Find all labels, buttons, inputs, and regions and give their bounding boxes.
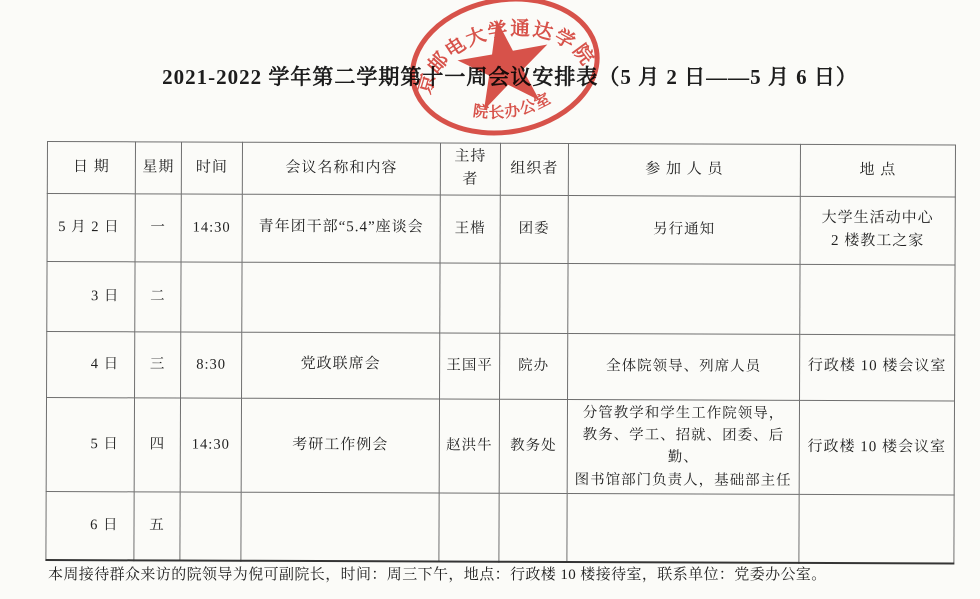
- cell-location: 行政楼 10 楼会议室: [799, 400, 954, 495]
- cell-meeting-name: [242, 262, 440, 333]
- svg-text:院长办公室: 院长办公室: [469, 87, 556, 127]
- cell-participants: [567, 494, 799, 563]
- cell-meeting-name: 党政联席会: [242, 332, 440, 399]
- cell-meeting-name: 考研工作例会: [241, 398, 439, 494]
- cell-weekday: 三: [135, 331, 181, 397]
- cell-organizer: 院办: [500, 333, 568, 399]
- cell-location: 大学生活动中心 2 楼教工之家: [800, 196, 955, 265]
- table-header-row: 日 期星期时间会议名称和内容主持者组织者参 加 人 员地 点: [47, 142, 955, 197]
- cell-location: 行政楼 10 楼会议室: [800, 334, 955, 401]
- table-row: 3 日二: [47, 261, 955, 334]
- cell-organizer: [500, 263, 568, 333]
- cell-participants: 全体院领导、列席人员: [568, 333, 800, 400]
- cell-host: 王国平: [440, 333, 500, 399]
- cell-time: 14:30: [181, 194, 242, 262]
- cell-host: [440, 263, 500, 333]
- cell-location: [800, 264, 955, 335]
- column-header-participants: 参 加 人 员: [568, 144, 800, 196]
- cell-participants: 分管教学和学生工作院领导， 教务、学工、招就、团委、后勤、 图书馆部门负责人，基…: [567, 399, 799, 495]
- footer-note: 本周接待群众来访的院领导为倪可副院长，时间：周三下午，地点：行政楼 10 楼接待…: [48, 563, 827, 584]
- table-row: 5 月 2 日一14:30青年团干部“5.4”座谈会王楷团委另行通知大学生活动中…: [47, 193, 955, 264]
- column-header-weekday: 星期: [135, 142, 181, 194]
- cell-host: 赵洪牛: [439, 399, 499, 494]
- page-title: 2021-2022 学年第二学期第十一周会议安排表（5 月 2 日——5 月 6…: [40, 61, 980, 91]
- cell-date: 5 日: [46, 397, 134, 492]
- cell-organizer: 教务处: [499, 399, 567, 494]
- cell-time: 14:30: [180, 398, 241, 493]
- cell-date: 3 日: [47, 261, 135, 331]
- cell-host: [439, 493, 499, 561]
- cell-time: [180, 492, 241, 560]
- cell-weekday: 四: [134, 397, 180, 492]
- cell-organizer: [499, 494, 567, 562]
- column-header-meeting-name: 会议名称和内容: [242, 142, 440, 194]
- cell-weekday: 二: [135, 261, 181, 331]
- cell-weekday: 五: [134, 492, 180, 560]
- column-header-host: 主持者: [440, 143, 500, 195]
- document-page: 2021-2022 学年第二学期第十一周会议安排表（5 月 2 日——5 月 6…: [0, 0, 980, 599]
- cell-location: [799, 495, 954, 564]
- column-header-location: 地 点: [800, 144, 955, 196]
- cell-time: [181, 262, 242, 332]
- cell-date: 4 日: [47, 331, 135, 397]
- cell-participants: [568, 263, 800, 334]
- table-row: 6 日五: [46, 492, 954, 563]
- cell-date: 5 月 2 日: [47, 193, 135, 261]
- seal-bottom-text: 院长办公室: [469, 87, 556, 127]
- column-header-time: 时间: [181, 142, 242, 194]
- cell-organizer: 团委: [500, 195, 568, 263]
- column-header-date: 日 期: [47, 142, 135, 194]
- meeting-schedule-table: 日 期星期时间会议名称和内容主持者组织者参 加 人 员地 点 5 月 2 日一1…: [45, 141, 956, 564]
- table-row: 4 日三8:30党政联席会王国平院办全体院领导、列席人员行政楼 10 楼会议室: [47, 331, 955, 400]
- cell-meeting-name: [241, 493, 439, 562]
- cell-meeting-name: 青年团干部“5.4”座谈会: [242, 194, 440, 263]
- table-row: 5 日四14:30考研工作例会赵洪牛教务处分管教学和学生工作院领导， 教务、学工…: [46, 397, 954, 495]
- cell-weekday: 一: [135, 193, 181, 261]
- cell-host: 王楷: [440, 195, 500, 263]
- column-header-organizer: 组织者: [500, 143, 568, 195]
- cell-time: 8:30: [181, 332, 242, 398]
- cell-participants: 另行通知: [568, 195, 800, 264]
- cell-date: 6 日: [46, 492, 134, 560]
